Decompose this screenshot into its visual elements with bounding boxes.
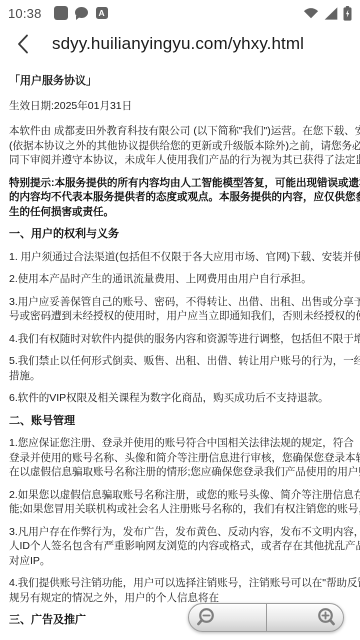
- doc-line: 能;如果您冒用关联机构或社会名人注册账号名称的，我们有权注销您的账号，并向互联网: [9, 502, 360, 517]
- doc-line: 4.我们有权随时对软件内提供的服务内容和资源等进行调整，包括但不限于增加、删除、: [9, 332, 360, 347]
- paragraph: 2.使用本产品时产生的通讯流量费用、上网费用由用户自行承担。: [9, 272, 360, 287]
- section: 二、账号管理: [9, 414, 360, 429]
- status-right-icons: [303, 6, 352, 21]
- paragraph: 1.您应保证您注册、登录并使用的账号符合中国相关法律法规的规定，符合「互联网用户…: [9, 436, 360, 480]
- doc-line: 3.凡用户存在作弊行为，发布广告，发布黄色、反动内容，发布不文明内容，抄袭，模仿: [9, 525, 360, 540]
- status-left-icons: A: [54, 6, 108, 20]
- paragraph: 4.我们提供账号注销功能，用户可以选择注销账号，注销账号可以在"帮助反馈"意见反…: [9, 576, 360, 605]
- doc-effective-date: 生效日期:2025年01月31日: [9, 99, 360, 114]
- doc-line: 号或密码遭到未经授权的使用时，用户应当立即通知我们，否则未经授权的使用行为均视: [9, 309, 360, 324]
- letter-a-badge-icon: A: [96, 7, 108, 19]
- doc-line: 措施。: [9, 369, 360, 384]
- doc-line: 5.我们禁止以任何形式倒卖、贩售、出租、出借、转让用户账号的行为，一经查明，我们: [9, 354, 360, 369]
- magnifier-plus-icon: [315, 607, 337, 628]
- zoom-in-button[interactable]: [267, 604, 344, 631]
- cellular-signal-icon: [324, 7, 338, 20]
- magnifier-minus-icon: [195, 607, 217, 628]
- doc-line: 同下审阅并遵守本协议，未成年人使用我们产品的行为视为其已获得了法定监护人的认可: [9, 153, 360, 168]
- paragraph: 4.我们有权随时对软件内提供的服务内容和资源等进行调整，包括但不限于增加、删除、: [9, 332, 360, 347]
- doc-line: 1.您应保证您注册、登录并使用的账号符合中国相关法律法规的规定，符合「互联网用户: [9, 436, 360, 451]
- doc-line: 人ID个人签名包含有严重影响网友浏览的内容或格式，或者存在其他扰乱产品正常运营秩: [9, 539, 360, 554]
- wifi-icon: [303, 7, 319, 19]
- section-heading: 二、账号管理: [9, 414, 360, 429]
- doc-line: 登录并使用的账号名称、头像和简介等注册信息进行审核，您确保您登录本软件使用的账: [9, 451, 360, 466]
- doc-line: 生的任何损害或责任。: [9, 205, 360, 220]
- doc-line: 本软件由 成都麦田外教育科技有限公司 (以下简称"我们")运营。在您下载、安装或…: [9, 124, 360, 139]
- doc-line: (依据本协议之外的其他协议提供给您的更新或升级版本除外)之前，请您务必仔细阅读本: [9, 139, 360, 154]
- doc-body: 本软件由 成都麦田外教育科技有限公司 (以下简称"我们")运营。在您下载、安装或…: [9, 124, 360, 628]
- back-chevron-icon: [17, 34, 29, 54]
- doc-line: 的内容均不代表本服务提供者的态度或观点。本服务提供的内容，应仅供您参考，不构成: [9, 190, 360, 205]
- phone-screen: 10:38 A sd: [0, 0, 360, 640]
- paragraph: 5.我们禁止以任何形式倒卖、贩售、出租、出借、转让用户账号的行为，一经查明，我们…: [9, 354, 360, 383]
- doc-line: 2.使用本产品时产生的通讯流量费用、上网费用由用户自行承担。: [9, 272, 360, 287]
- paragraph: 6.软件的VIP权限及相关课程为数字化商品，购买成功后不支持退款。: [9, 391, 360, 406]
- doc-line: 4.我们提供账号注销功能，用户可以选择注销账号，注销账号可以在"帮助反馈"意见反…: [9, 576, 360, 591]
- paragraph: 1. 用户须通过合法渠道(包括但不仅限于各大应用市场、官网)下载、安装并使用我们…: [9, 250, 360, 265]
- chat-bubble-icon: [75, 7, 89, 20]
- document-view[interactable]: 「用户服务协议」 生效日期:2025年01月31日 本软件由 成都麦田外教育科技…: [0, 62, 360, 640]
- doc-title: 「用户服务协议」: [9, 74, 360, 89]
- doc-line: 在以虚假信息骗取账号名称注册的情形;您应确保您登录我们产品使用的用户账号名称不得: [9, 465, 360, 480]
- status-bar: 10:38 A: [0, 0, 360, 26]
- paragraph: 3.凡用户存在作弊行为，发布广告，发布黄色、反动内容，发布不文明内容，抄袭，模仿…: [9, 525, 360, 569]
- battery-charging-icon: [343, 6, 352, 21]
- paragraph: 特别提示:本服务提供的所有内容均由人工智能模型答复，可能出现错误或遗漏，本服务提…: [9, 176, 360, 220]
- paragraph: 3.用户应妥善保管自己的账号、密码，不得转让、出借、出租、出售或分享予他人使用。…: [9, 295, 360, 324]
- back-button[interactable]: [17, 34, 29, 54]
- url-bar: sdyy.huilianyingyu.com/yhxy.html: [0, 26, 360, 62]
- status-time: 10:38: [8, 6, 42, 21]
- doc-line: 特别提示:本服务提供的所有内容均由人工智能模型答复，可能出现错误或遗漏，本服务提: [9, 176, 360, 191]
- section-heading: 一、用户的权利与义务: [9, 227, 360, 242]
- zoom-controls: [188, 603, 344, 632]
- doc-line: 3.用户应妥善保管自己的账号、密码，不得转让、出借、出租、出售或分享予他人使用。…: [9, 295, 360, 310]
- paragraph: 2.如果您以虚假信息骗取账号名称注册，或您的账号头像、简介等注册信息存在违法和不…: [9, 488, 360, 517]
- doc-line: 2.如果您以虚假信息骗取账号名称注册，或您的账号头像、简介等注册信息存在违法和不: [9, 488, 360, 503]
- doc-line: 6.软件的VIP权限及相关课程为数字化商品，购买成功后不支持退款。: [9, 391, 360, 406]
- app-square-icon: [54, 6, 68, 20]
- zoom-out-button[interactable]: [189, 604, 266, 631]
- paragraph: 本软件由 成都麦田外教育科技有限公司 (以下简称"我们")运营。在您下载、安装或…: [9, 124, 360, 168]
- doc-line: 对应IP。: [9, 554, 360, 569]
- section: 一、用户的权利与义务: [9, 227, 360, 242]
- doc-line: 1. 用户须通过合法渠道(包括但不仅限于各大应用市场、官网)下载、安装并使用我们…: [9, 250, 360, 265]
- url-text[interactable]: sdyy.huilianyingyu.com/yhxy.html: [52, 34, 304, 54]
